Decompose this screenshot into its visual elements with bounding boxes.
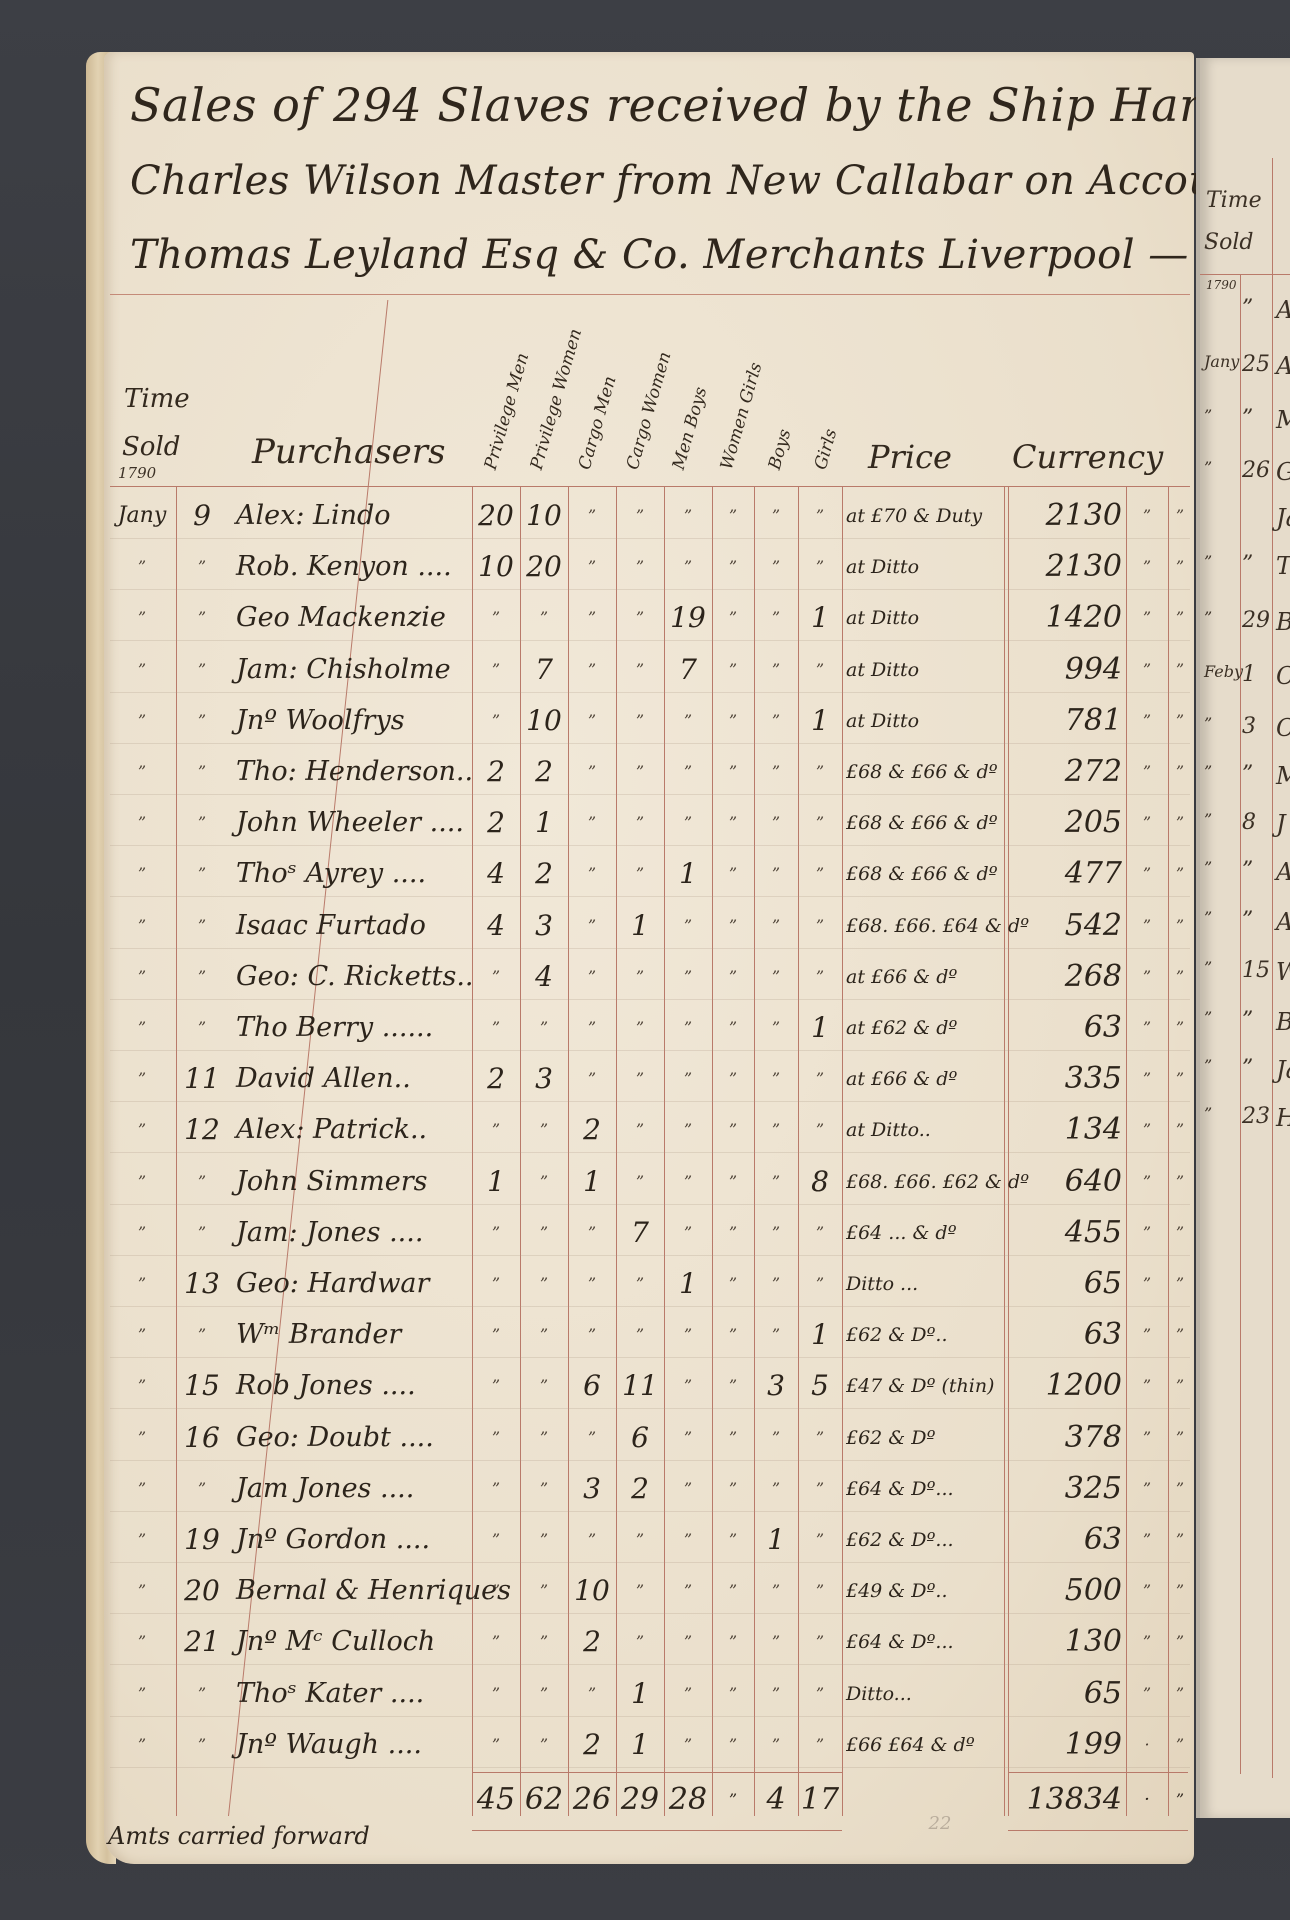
table-row: ”16Geo: Doubt ....”””6””””£62 & Dº378”” — [0, 1416, 1290, 1460]
facing-month-cell: ” — [1204, 608, 1212, 627]
table-row: ”11David Allen..23””””””at £66 & dº335”” — [0, 1057, 1290, 1101]
men-boys-cell: ” — [664, 955, 712, 999]
pence-cell: ” — [1168, 801, 1192, 845]
privilege-women-cell: ” — [520, 1518, 568, 1562]
purchaser-cell: Geo: Doubt .... — [236, 1416, 472, 1460]
men-boys-cell: ” — [664, 1057, 712, 1101]
women-girls-cell: ” — [712, 1723, 754, 1767]
shillings-cell: ” — [1126, 1672, 1168, 1716]
boys-cell: ” — [754, 1211, 798, 1255]
cargo-men-cell: ” — [568, 494, 616, 538]
currency-cell: 134 — [1010, 1108, 1122, 1152]
cargo-women-cell: 7 — [616, 1211, 664, 1255]
month-cell: ” — [112, 1262, 172, 1306]
cargo-men-cell: 2 — [568, 1723, 616, 1767]
cargo-men-cell: ” — [568, 1262, 616, 1306]
totals-rule-counts — [472, 1772, 842, 1773]
girls-cell: 8 — [798, 1160, 842, 1204]
boys-cell: ” — [754, 904, 798, 948]
shillings-cell: · — [1126, 1723, 1168, 1767]
facing-month-cell: ” — [1204, 762, 1212, 781]
currency-cell: 2130 — [1010, 494, 1122, 538]
facing-name-initial: M — [1276, 406, 1290, 434]
facing-month-cell: ” — [1204, 958, 1212, 977]
month-cell: ” — [112, 1723, 172, 1767]
boys-cell: ” — [754, 750, 798, 794]
cargo-women-cell: ” — [616, 1160, 664, 1204]
facing-month-cell: ” — [1204, 908, 1212, 927]
shillings-cell: ” — [1126, 750, 1168, 794]
row-rule — [110, 1152, 1190, 1153]
girls-cell: ” — [798, 1262, 842, 1306]
facing-name-initial: C — [1276, 662, 1290, 690]
purchaser-cell: Jnº Waugh .... — [236, 1723, 472, 1767]
month-cell: ” — [112, 955, 172, 999]
cargo-women-cell: ” — [616, 648, 664, 692]
privilege-men-cell: 2 — [472, 801, 520, 845]
women-girls-cell: ” — [712, 1672, 754, 1716]
facing-day-cell: 25 — [1242, 352, 1270, 377]
cargo-men-cell: ” — [568, 1006, 616, 1050]
cargo-women-cell: ” — [616, 1518, 664, 1562]
day-cell: ” — [178, 852, 226, 896]
price-cell: £62 & Dº.. — [846, 1313, 1004, 1357]
facing-name-initial: G — [1276, 458, 1290, 486]
price-cell: £49 & Dº.. — [846, 1569, 1004, 1613]
cargo-men-cell: ” — [568, 904, 616, 948]
header-currency: Currency — [1012, 438, 1163, 476]
facing-month-cell: ” — [1204, 1056, 1212, 1075]
boys-cell: ” — [754, 1108, 798, 1152]
table-row: ””Wᵐ Brander”””””””1£62 & Dº..63”” — [0, 1313, 1290, 1357]
cargo-men-cell: 3 — [568, 1467, 616, 1511]
purchaser-cell: Geo: C. Ricketts.. — [236, 955, 472, 999]
boys-cell: ” — [754, 1160, 798, 1204]
cargo-men-cell: ” — [568, 648, 616, 692]
month-cell: ” — [112, 545, 172, 589]
privilege-men-cell: ” — [472, 1672, 520, 1716]
men-boys-cell: ” — [664, 750, 712, 794]
day-cell: 13 — [178, 1262, 226, 1306]
row-rule — [110, 1460, 1190, 1461]
row-rule — [110, 1101, 1190, 1102]
facing-name-initial: A — [1276, 908, 1290, 936]
privilege-women-cell: ” — [520, 1006, 568, 1050]
price-cell: £68. £66. £62 & dº — [846, 1160, 1004, 1204]
privilege-women-cell: 10 — [520, 494, 568, 538]
cargo-men-cell: 2 — [568, 1108, 616, 1152]
cargo-women-cell: ” — [616, 801, 664, 845]
facing-name-initial: Ja — [1276, 504, 1290, 532]
women-girls-cell: ” — [712, 955, 754, 999]
pence-cell: ” — [1168, 1518, 1192, 1562]
girls-cell: ” — [798, 545, 842, 589]
men-boys-cell: ” — [664, 1416, 712, 1460]
total-cargo-women: 29 — [616, 1776, 664, 1824]
pence-cell: ” — [1168, 699, 1192, 743]
girls-cell: ” — [798, 1620, 842, 1664]
table-row: ”13Geo: Hardwar””””1”””Ditto ...65”” — [0, 1262, 1290, 1306]
shillings-cell: ” — [1126, 1262, 1168, 1306]
pence-cell: ” — [1168, 1620, 1192, 1664]
women-girls-cell: ” — [712, 1518, 754, 1562]
shillings-cell: ” — [1126, 801, 1168, 845]
cargo-men-cell: 2 — [568, 1620, 616, 1664]
facing-month-cell: ” — [1204, 858, 1212, 877]
price-cell: at £66 & dº — [846, 955, 1004, 999]
privilege-women-cell: 20 — [520, 545, 568, 589]
month-cell: ” — [112, 1057, 172, 1101]
privilege-women-cell: ” — [520, 1467, 568, 1511]
currency-cell: 272 — [1010, 750, 1122, 794]
facing-year: 1790 — [1206, 278, 1237, 292]
girls-cell: 1 — [798, 596, 842, 640]
facing-day-cell: 29 — [1242, 608, 1270, 633]
price-cell: at Ditto — [846, 596, 1004, 640]
privilege-men-cell: ” — [472, 1467, 520, 1511]
pence-cell: ” — [1168, 1672, 1192, 1716]
girls-cell: ” — [798, 750, 842, 794]
shillings-cell: ” — [1126, 596, 1168, 640]
totals-double-rule-counts — [472, 1830, 842, 1834]
month-cell: ” — [112, 1518, 172, 1562]
cargo-women-cell: ” — [616, 852, 664, 896]
facing-day-cell: ” — [1242, 296, 1253, 321]
day-cell: ” — [178, 801, 226, 845]
girls-cell: ” — [798, 1672, 842, 1716]
men-boys-cell: ” — [664, 1569, 712, 1613]
privilege-men-cell: ” — [472, 1416, 520, 1460]
purchaser-cell: Bernal & Henriques — [236, 1569, 472, 1613]
day-cell: ” — [178, 1467, 226, 1511]
privilege-men-cell: 2 — [472, 750, 520, 794]
boys-cell: 1 — [754, 1518, 798, 1562]
facing-name-initial: B — [1276, 1008, 1290, 1036]
men-boys-cell: ” — [664, 1672, 712, 1716]
privilege-men-cell: 4 — [472, 904, 520, 948]
day-cell: 12 — [178, 1108, 226, 1152]
currency-cell: 65 — [1010, 1262, 1122, 1306]
day-cell: ” — [178, 750, 226, 794]
header-rule — [110, 486, 1190, 487]
price-cell: Ditto... — [846, 1672, 1004, 1716]
facing-header-rule — [1200, 274, 1290, 275]
privilege-men-cell: ” — [472, 1211, 520, 1255]
girls-cell: ” — [798, 1057, 842, 1101]
boys-cell: 3 — [754, 1364, 798, 1408]
month-cell: ” — [112, 1313, 172, 1357]
row-rule — [110, 1716, 1190, 1717]
cargo-women-cell: ” — [616, 596, 664, 640]
privilege-women-cell: ” — [520, 1364, 568, 1408]
price-cell: £64 ... & dº — [846, 1211, 1004, 1255]
table-row: ””Jam Jones ....””32””””£64 & Dº...325”” — [0, 1467, 1290, 1511]
women-girls-cell: ” — [712, 1262, 754, 1306]
title-rule — [110, 294, 1190, 295]
facing-month-cell: ” — [1204, 714, 1212, 733]
men-boys-cell: ” — [664, 1364, 712, 1408]
day-cell: ” — [178, 1006, 226, 1050]
row-rule — [110, 692, 1190, 693]
month-cell: ” — [112, 1006, 172, 1050]
girls-cell: ” — [798, 1518, 842, 1562]
cargo-women-cell: 1 — [616, 1672, 664, 1716]
boys-cell: ” — [754, 1569, 798, 1613]
facing-name-initial: M — [1276, 762, 1290, 790]
day-cell: ” — [178, 1160, 226, 1204]
month-cell: ” — [112, 1364, 172, 1408]
day-cell: ” — [178, 1723, 226, 1767]
cargo-men-cell: 6 — [568, 1364, 616, 1408]
facing-day-cell: ” — [1242, 552, 1253, 577]
month-cell: ” — [112, 801, 172, 845]
boys-cell: ” — [754, 494, 798, 538]
girls-cell: ” — [798, 1211, 842, 1255]
day-cell: ” — [178, 596, 226, 640]
table-row: ””Thoˢ Kater ....”””1””””Ditto...65”” — [0, 1672, 1290, 1716]
facing-day-cell: ” — [1242, 762, 1253, 787]
currency-cell: 378 — [1010, 1416, 1122, 1460]
girls-cell: 1 — [798, 1313, 842, 1357]
currency-cell: 63 — [1010, 1518, 1122, 1562]
purchaser-cell: Jnº Gordon .... — [236, 1518, 472, 1562]
women-girls-cell: ” — [712, 750, 754, 794]
row-rule — [110, 1408, 1190, 1409]
pence-cell: ” — [1168, 1313, 1192, 1357]
pence-cell: ” — [1168, 1467, 1192, 1511]
table-row: ””Tho: Henderson..22””””””£68 & £66 & dº… — [0, 750, 1290, 794]
table-row: ””Rob. Kenyon ....1020””””””at Ditto2130… — [0, 545, 1290, 589]
women-girls-cell: ” — [712, 904, 754, 948]
day-cell: ” — [178, 1313, 226, 1357]
price-cell: £68 & £66 & dº — [846, 801, 1004, 845]
price-cell: at £62 & dº — [846, 1006, 1004, 1050]
table-row: ””Jam: Jones ....”””7””””£64 ... & dº455… — [0, 1211, 1290, 1255]
men-boys-cell: ” — [664, 1620, 712, 1664]
shillings-cell: ” — [1126, 904, 1168, 948]
shillings-cell: ” — [1126, 955, 1168, 999]
boys-cell: ” — [754, 955, 798, 999]
shillings-cell: ” — [1126, 1057, 1168, 1101]
purchaser-cell: Rob Jones .... — [236, 1364, 472, 1408]
day-cell: ” — [178, 1672, 226, 1716]
facing-month-cell: ” — [1204, 552, 1212, 571]
currency-cell: 455 — [1010, 1211, 1122, 1255]
facing-day-cell: ” — [1242, 1056, 1253, 1081]
price-cell: £68 & £66 & dº — [846, 852, 1004, 896]
pence-cell: ” — [1168, 596, 1192, 640]
girls-cell: ” — [798, 648, 842, 692]
title-line-2: Charles Wilson Master from New Callabar … — [130, 158, 1150, 204]
privilege-men-cell: 20 — [472, 494, 520, 538]
shillings-cell: ” — [1126, 1518, 1168, 1562]
currency-cell: 542 — [1010, 904, 1122, 948]
total-boys: 4 — [754, 1776, 798, 1824]
privilege-men-cell: 1 — [472, 1160, 520, 1204]
men-boys-cell: ” — [664, 1211, 712, 1255]
carried-forward-label: Amts carried forward — [108, 1822, 370, 1850]
privilege-men-cell: ” — [472, 955, 520, 999]
day-cell: 9 — [178, 494, 226, 538]
boys-cell: ” — [754, 801, 798, 845]
purchaser-cell: Jnº Woolfrys — [236, 699, 472, 743]
women-girls-cell: ” — [712, 801, 754, 845]
privilege-men-cell: ” — [472, 1108, 520, 1152]
privilege-men-cell: ” — [472, 648, 520, 692]
row-rule — [110, 1306, 1190, 1307]
month-cell: ” — [112, 904, 172, 948]
cargo-women-cell: ” — [616, 1262, 664, 1306]
privilege-women-cell: ” — [520, 1211, 568, 1255]
purchaser-cell: Geo Mackenzie — [236, 596, 472, 640]
privilege-men-cell: ” — [472, 1364, 520, 1408]
header-time: Time — [124, 384, 190, 414]
privilege-women-cell: 4 — [520, 955, 568, 999]
women-girls-cell: ” — [712, 1364, 754, 1408]
girls-cell: ” — [798, 1569, 842, 1613]
girls-cell: 1 — [798, 699, 842, 743]
facing-header-time: Time — [1206, 188, 1262, 213]
boys-cell: ” — [754, 1620, 798, 1664]
month-cell: ” — [112, 1160, 172, 1204]
boys-cell: ” — [754, 1313, 798, 1357]
girls-cell: ” — [798, 1416, 842, 1460]
privilege-women-cell: ” — [520, 1723, 568, 1767]
pence-cell: ” — [1168, 648, 1192, 692]
facing-day-cell: 15 — [1242, 958, 1270, 983]
cargo-women-cell: 1 — [616, 904, 664, 948]
men-boys-cell: ” — [664, 1108, 712, 1152]
currency-cell: 65 — [1010, 1672, 1122, 1716]
girls-cell: ” — [798, 1467, 842, 1511]
row-rule — [110, 845, 1190, 846]
pence-cell: ” — [1168, 904, 1192, 948]
girls-cell: ” — [798, 801, 842, 845]
purchaser-cell: John Wheeler .... — [236, 801, 472, 845]
privilege-men-cell: 2 — [472, 1057, 520, 1101]
row-rule — [110, 1767, 1190, 1768]
pence-cell: ” — [1168, 955, 1192, 999]
shillings-cell: ” — [1126, 545, 1168, 589]
shillings-cell: ” — [1126, 1006, 1168, 1050]
currency-cell: 1420 — [1010, 596, 1122, 640]
men-boys-cell: 1 — [664, 1262, 712, 1306]
boys-cell: ” — [754, 1057, 798, 1101]
women-girls-cell: ” — [712, 1006, 754, 1050]
facing-day-cell: 8 — [1242, 810, 1256, 835]
facing-day-cell: 26 — [1242, 458, 1270, 483]
boys-cell: ” — [754, 545, 798, 589]
purchaser-cell: Tho Berry ...... — [236, 1006, 472, 1050]
privilege-men-cell: ” — [472, 1569, 520, 1613]
pence-cell: ” — [1168, 1364, 1192, 1408]
pence-cell: ” — [1168, 1160, 1192, 1204]
title-line-3: Thomas Leyland Esq & Co. Merchants Liver… — [130, 232, 1150, 278]
privilege-women-cell: 3 — [520, 904, 568, 948]
facing-page: Time Sold 1790 ”AJany25A””M”26GJa””Th”29… — [1196, 58, 1290, 1818]
purchaser-cell: Alex: Lindo — [236, 494, 472, 538]
header-price: Price — [868, 438, 952, 476]
row-rule — [110, 538, 1190, 539]
purchaser-cell: Geo: Hardwar — [236, 1262, 472, 1306]
table-row: ””Geo: C. Ricketts..”4””””””at £66 & dº2… — [0, 955, 1290, 999]
purchaser-cell: Jnº Mᶜ Culloch — [236, 1620, 472, 1664]
women-girls-cell: ” — [712, 1211, 754, 1255]
women-girls-cell: ” — [712, 852, 754, 896]
privilege-men-cell: ” — [472, 1006, 520, 1050]
men-boys-cell: ” — [664, 904, 712, 948]
total-shillings: · — [1126, 1776, 1168, 1824]
day-cell: ” — [178, 648, 226, 692]
total-women-girls: ” — [712, 1776, 754, 1824]
women-girls-cell: ” — [712, 699, 754, 743]
price-cell: £68. £66. £64 & dº — [846, 904, 1004, 948]
price-cell: £68 & £66 & dº — [846, 750, 1004, 794]
purchaser-cell: Tho: Henderson.. — [236, 750, 472, 794]
purchaser-cell: Isaac Furtado — [236, 904, 472, 948]
year-label: 1790 — [118, 464, 156, 482]
table-row: ””Jam: Chisholme”7””7”””at Ditto994”” — [0, 648, 1290, 692]
facing-name-initial: J — [1276, 810, 1286, 838]
cargo-men-cell: ” — [568, 699, 616, 743]
month-cell: ” — [112, 1569, 172, 1613]
currency-cell: 63 — [1010, 1313, 1122, 1357]
pence-cell: ” — [1168, 750, 1192, 794]
girls-cell: ” — [798, 494, 842, 538]
pence-cell: ” — [1168, 494, 1192, 538]
privilege-women-cell: 7 — [520, 648, 568, 692]
currency-cell: 335 — [1010, 1057, 1122, 1101]
women-girls-cell: ” — [712, 1313, 754, 1357]
facing-day-cell: ” — [1242, 908, 1253, 933]
total-pence: ” — [1168, 1776, 1192, 1824]
pence-cell: ” — [1168, 545, 1192, 589]
facing-name-initial: B — [1276, 608, 1290, 636]
cargo-women-cell: ” — [616, 1108, 664, 1152]
men-boys-cell: ” — [664, 1723, 712, 1767]
purchaser-cell: David Allen.. — [236, 1057, 472, 1101]
facing-rule-day — [1240, 274, 1241, 1774]
cargo-men-cell: ” — [568, 955, 616, 999]
shillings-cell: ” — [1126, 1211, 1168, 1255]
row-rule — [110, 1255, 1190, 1256]
privilege-men-cell: 10 — [472, 545, 520, 589]
pence-cell: ” — [1168, 1569, 1192, 1613]
purchaser-cell: Jam Jones .... — [236, 1467, 472, 1511]
cargo-men-cell: ” — [568, 1416, 616, 1460]
boys-cell: ” — [754, 1467, 798, 1511]
row-rule — [110, 1562, 1190, 1563]
currency-cell: 325 — [1010, 1467, 1122, 1511]
shillings-cell: ” — [1126, 1364, 1168, 1408]
cargo-men-cell: 10 — [568, 1569, 616, 1613]
men-boys-cell: ” — [664, 1467, 712, 1511]
facing-name-initial: H — [1276, 1104, 1290, 1132]
facing-day-cell: ” — [1242, 1008, 1253, 1033]
women-girls-cell: ” — [712, 1416, 754, 1460]
row-rule — [110, 1511, 1190, 1512]
women-girls-cell: ” — [712, 1569, 754, 1613]
total-privilege-men: 45 — [472, 1776, 520, 1824]
cargo-women-cell: ” — [616, 750, 664, 794]
shillings-cell: ” — [1126, 1569, 1168, 1613]
day-cell: ” — [178, 955, 226, 999]
men-boys-cell: ” — [664, 1518, 712, 1562]
day-cell: ” — [178, 699, 226, 743]
boys-cell: ” — [754, 1006, 798, 1050]
girls-cell: ” — [798, 852, 842, 896]
cargo-women-cell: ” — [616, 955, 664, 999]
